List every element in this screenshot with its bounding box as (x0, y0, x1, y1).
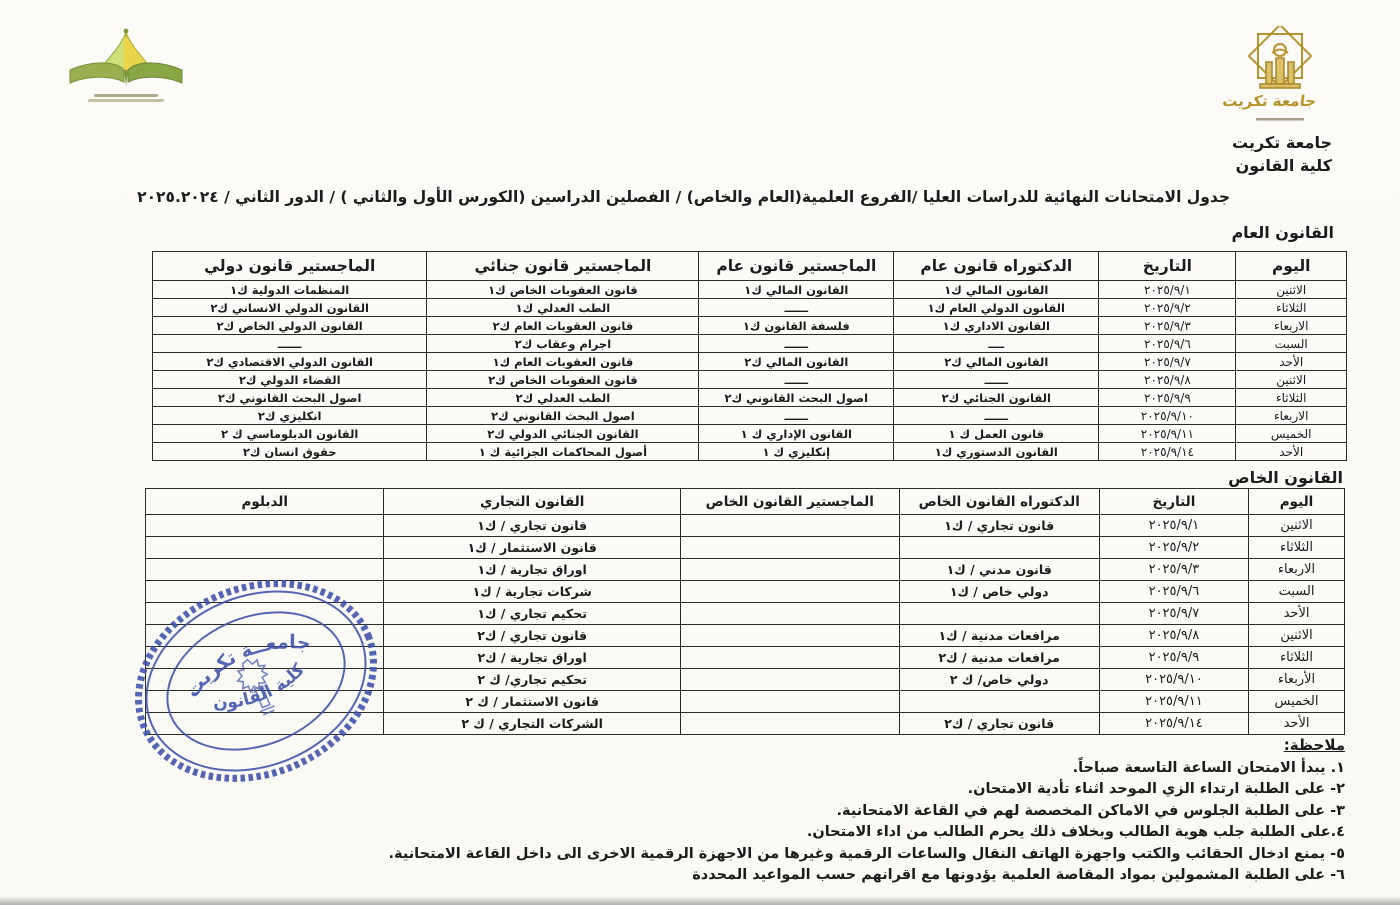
subject-cell (680, 559, 899, 581)
logo-caption-line (88, 99, 164, 102)
subject-cell (146, 581, 384, 603)
subject-cell: دولي خاص/ ك ٢ (899, 669, 1099, 691)
subject-cell: قانون العقوبات الخاص ك١ (427, 281, 699, 299)
scan-bottom-shadow (0, 896, 1400, 905)
subject-cell: القانون الدولي الانساني ك٢ (153, 299, 427, 317)
header-row: اليومالتاريخالدكتوراه قانون عامالماجستير… (153, 252, 1347, 281)
subject-cell: تحكيم تجاري / ك١ (384, 603, 680, 625)
subject-cell: اوراق تجارية / ك٢ (384, 647, 680, 669)
document-title: جدول الامتحانات النهائية للدراسات العليا… (137, 188, 1230, 206)
subject-cell: قانون تجاري / ك١ (899, 515, 1099, 537)
logo-caption-line (1256, 118, 1304, 121)
subject-cell (680, 669, 899, 691)
column-header: القانون التجاري (384, 489, 680, 515)
column-header: الدكتوراه القانون الخاص (899, 489, 1099, 515)
column-header: الدبلوم (146, 489, 384, 515)
table-row: الأحد٢٠٢٥/٩/٧القانون المالي ك٢القانون ال… (153, 353, 1347, 371)
subject-cell: القانون المالي ك١ (699, 281, 894, 299)
date-cell: ٢٠٢٥/٩/٣ (1099, 559, 1248, 581)
note-item: ٢- على الطلبة ارتداء الزي الموحد اثناء ت… (389, 779, 1345, 801)
table-row: الثلاثاء٢٠٢٥/٩/٢قانون الاستثمار / ك١ (146, 537, 1345, 559)
day-cell: الخميس (1236, 425, 1347, 443)
subject-cell: القانون المالي ك١ (894, 281, 1099, 299)
subject-cell: اجرام وعقاب ك٢ (427, 335, 699, 353)
subject-cell: اوراق تجارية / ك١ (384, 559, 680, 581)
subject-cell: قانون الاستثمار / ك ٢ (384, 691, 680, 713)
date-cell: ٢٠٢٥/٩/٧ (1099, 353, 1236, 371)
table-row: الأحد٢٠٢٥/٩/١٤قانون تجاري / ك٢الشركات ال… (146, 713, 1345, 735)
date-cell: ٢٠٢٥/٩/١٤ (1099, 713, 1248, 735)
subject-cell: قانون الاستثمار / ك١ (384, 537, 680, 559)
subject-cell: القانون الدولي العام ك١ (894, 299, 1099, 317)
subject-cell (899, 603, 1099, 625)
subject-cell (146, 669, 384, 691)
subject-cell: القانون الاداري ك١ (894, 317, 1099, 335)
subject-cell (680, 515, 899, 537)
subject-cell: مرافعات مدنية / ك١ (899, 625, 1099, 647)
table-row: الأحد٢٠٢٥/٩/٧تحكيم تجاري / ك١ (146, 603, 1345, 625)
subject-cell (680, 691, 899, 713)
day-cell: الاثنين (1236, 281, 1347, 299)
subject-cell (146, 603, 384, 625)
subject-cell: قانون العمل ك ١ (894, 425, 1099, 443)
subject-cell: قانون العقوبات العام ك١ (427, 353, 699, 371)
date-cell: ٢٠٢٥/٩/١٠ (1099, 407, 1236, 425)
table-row: الاثنين٢٠٢٥/٩/١القانون المالي ك١القانون … (153, 281, 1347, 299)
column-header: اليوم (1236, 252, 1347, 281)
subject-cell: القانون الجنائي ك٢ (894, 389, 1099, 407)
subject-cell (680, 625, 899, 647)
subject-cell: قانون تجاري / ك٢ (384, 625, 680, 647)
private-law-exam-table: اليومالتاريخالدكتوراه القانون الخاصالماج… (145, 488, 1345, 735)
day-cell: الاثنين (1249, 515, 1345, 537)
open-book-right-page-icon (128, 63, 182, 83)
table-row: الخميس٢٠٢٥/٩/١١قانون الاستثمار / ك ٢ (146, 691, 1345, 713)
day-cell: الأربعاء (1249, 669, 1345, 691)
date-cell: ٢٠٢٥/٩/١٤ (1099, 443, 1236, 461)
note-item: ٥- يمنع ادخال الحقائب والكتب واجهزة الها… (389, 844, 1345, 866)
subject-cell: القانون الدستوري ك١ (894, 443, 1099, 461)
subject-cell: اصول البحث القانوني ك٢ (427, 407, 699, 425)
subject-cell: الشركات التجاري / ك ٢ (384, 713, 680, 735)
table-row: الاثنين٢٠٢٥/٩/١قانون تجاري / ك١قانون تجا… (146, 515, 1345, 537)
subject-cell: قانون مدني / ك١ (899, 559, 1099, 581)
notes-title: ملاحظة: (1284, 735, 1345, 757)
subject-cell: قانون تجاري / ك٢ (899, 713, 1099, 735)
subject-cell: القانون الدبلوماسي ك ٢ (153, 425, 427, 443)
date-cell: ٢٠٢٥/٩/٧ (1099, 603, 1248, 625)
column-header: الماجستير قانون عام (699, 252, 894, 281)
subject-cell (680, 603, 899, 625)
subject-cell (899, 691, 1099, 713)
college-of-law-logo (60, 24, 192, 116)
table-row: الخميس٢٠٢٥/٩/١١قانون العمل ك ١القانون ال… (153, 425, 1347, 443)
note-item: ١. يبدأ الامتحان الساعة التاسعة صباحاً. (389, 758, 1345, 780)
university-name: جامعة تكريت (1232, 131, 1332, 154)
subject-cell: مرافعات مدنية / ك٢ (899, 647, 1099, 669)
subject-cell: ــــــ (894, 371, 1099, 389)
table-row: الاثنين٢٠٢٥/٩/٨ــــــــــــقانون العقوبا… (153, 371, 1347, 389)
subject-cell: شركات تجارية / ك١ (384, 581, 680, 603)
university-calligraphy-text: جامعة تكريت (1221, 92, 1317, 110)
day-cell: الاربعاء (1236, 317, 1347, 335)
date-cell: ٢٠٢٥/٩/١١ (1099, 691, 1248, 713)
table-row: السبت٢٠٢٥/٩/٦ــــــــــاجرام وعقاب ك٢ـــ… (153, 335, 1347, 353)
subject-cell (680, 537, 899, 559)
table-row: السبت٢٠٢٥/٩/٦دولي خاص / ك١شركات تجارية /… (146, 581, 1345, 603)
subject-cell: المنظمات الدولية ك١ (153, 281, 427, 299)
day-cell: الثلاثاء (1249, 647, 1345, 669)
column-header: الماجستير القانون الخاص (680, 489, 899, 515)
column-header: الماجستير قانون جنائي (427, 252, 699, 281)
day-cell: الأحد (1236, 353, 1347, 371)
note-item: ٦- على الطلبة المشمولين بمواد المقاصة ال… (389, 865, 1345, 887)
day-cell: الاربعاء (1236, 407, 1347, 425)
logo-caption-line (94, 94, 158, 97)
subject-cell: اصول البحث القانوني ك٢ (153, 389, 427, 407)
date-cell: ٢٠٢٥/٩/٣ (1099, 317, 1236, 335)
date-cell: ٢٠٢٥/٩/٢ (1099, 537, 1248, 559)
notes-list: ١. يبدأ الامتحان الساعة التاسعة صباحاً.٢… (389, 758, 1345, 887)
table-row: الثلاثاء٢٠٢٥/٩/٢القانون الدولي العام ك١ـ… (153, 299, 1347, 317)
date-cell: ٢٠٢٥/٩/١ (1099, 281, 1236, 299)
subject-cell: ــــــ (699, 407, 894, 425)
subject-cell: إنكليزي ك ١ (699, 443, 894, 461)
subject-cell: ــــــ (699, 299, 894, 317)
subject-cell: أصول المحاكمات الجزائية ك ١ (427, 443, 699, 461)
subject-cell: ــــــ (153, 335, 427, 353)
table-row: الاثنين٢٠٢٥/٩/٨مرافعات مدنية / ك١قانون ت… (146, 625, 1345, 647)
subject-cell: فلسفة القانون ك١ (699, 317, 894, 335)
subject-cell (680, 713, 899, 735)
subject-cell (146, 559, 384, 581)
subject-cell: القانون المالي ك٢ (699, 353, 894, 371)
date-cell: ٢٠٢٥/٩/٩ (1099, 647, 1248, 669)
day-cell: السبت (1236, 335, 1347, 353)
day-cell: الأحد (1249, 603, 1345, 625)
subject-cell: قانون العقوبات الخاص ك٢ (427, 371, 699, 389)
date-cell: ٢٠٢٥/٩/٦ (1099, 581, 1248, 603)
subject-cell (899, 537, 1099, 559)
header-row: اليومالتاريخالدكتوراه القانون الخاصالماج… (146, 489, 1345, 515)
subject-cell: القانون المالي ك٢ (894, 353, 1099, 371)
table-row: الاربعاء٢٠٢٥/٩/١٠ــــــــــــاصول البحث … (153, 407, 1347, 425)
subject-cell: القانون الدولي الاقتصادي ك٢ (153, 353, 427, 371)
day-cell: الاربعاء (1249, 559, 1345, 581)
day-cell: السبت (1249, 581, 1345, 603)
column-header: التاريخ (1099, 252, 1236, 281)
note-item: ٤.على الطلبة جلب هوية الطالب وبخلاف ذلك … (389, 822, 1345, 844)
table-row: الاربعاء٢٠٢٥/٩/٣قانون مدني / ك١اوراق تجا… (146, 559, 1345, 581)
subject-cell: الطب العدلي ك١ (427, 299, 699, 317)
day-cell: الثلاثاء (1236, 389, 1347, 407)
subject-cell (146, 691, 384, 713)
day-cell: الاثنين (1236, 371, 1347, 389)
column-header: اليوم (1249, 489, 1345, 515)
day-cell: الأحد (1236, 443, 1347, 461)
tikrit-university-logo: جامعة تكريت (1212, 26, 1348, 126)
college-name: كلية القانون (1232, 154, 1332, 177)
date-cell: ٢٠٢٥/٩/٦ (1099, 335, 1236, 353)
column-header: الدكتوراه قانون عام (894, 252, 1099, 281)
table-row: الأحد٢٠٢٥/٩/١٤القانون الدستوري ك١إنكليزي… (153, 443, 1347, 461)
logo-finial-icon (124, 29, 129, 34)
subject-cell (680, 581, 899, 603)
subject-cell (146, 647, 384, 669)
subject-cell: الطب العدلي ك٢ (427, 389, 699, 407)
table-row: الثلاثاء٢٠٢٥/٩/٩مرافعات مدنية / ك٢اوراق … (146, 647, 1345, 669)
subject-cell (146, 515, 384, 537)
notes-block: ملاحظة: ١. يبدأ الامتحان الساعة التاسعة … (389, 735, 1345, 887)
note-item: ٣- على الطلبة الجلوس في الاماكن المخصصة … (389, 801, 1345, 823)
subject-cell: دولي خاص / ك١ (899, 581, 1099, 603)
subject-cell (146, 713, 384, 735)
day-cell: الأحد (1249, 713, 1345, 735)
subject-cell (146, 625, 384, 647)
day-cell: الاثنين (1249, 625, 1345, 647)
subject-cell: القانون الإداري ك ١ (699, 425, 894, 443)
date-cell: ٢٠٢٥/٩/١٠ (1099, 669, 1248, 691)
open-book-left-page-icon (70, 63, 124, 83)
scanned-exam-schedule-page: جامعة تكريت جامعة تكريت كلية القانون جدو… (0, 0, 1400, 905)
table-row: الاربعاء٢٠٢٥/٩/٣القانون الاداري ك١فلسفة … (153, 317, 1347, 335)
subject-cell: اصول البحث القانوني ك٢ (699, 389, 894, 407)
subject-cell: ــــ (894, 335, 1099, 353)
date-cell: ٢٠٢٥/٩/٨ (1099, 625, 1248, 647)
table-row: الثلاثاء٢٠٢٥/٩/٩القانون الجنائي ك٢اصول ا… (153, 389, 1347, 407)
subject-cell: القانون الجنائي الدولي ك٢ (427, 425, 699, 443)
date-cell: ٢٠٢٥/٩/٨ (1099, 371, 1236, 389)
date-cell: ٢٠٢٥/٩/١ (1099, 515, 1248, 537)
day-cell: الثلاثاء (1236, 299, 1347, 317)
section-title-general-law: القانون العام (1231, 223, 1334, 242)
day-cell: الثلاثاء (1249, 537, 1345, 559)
subject-cell: القانون الدولي الخاص ك٢ (153, 317, 427, 335)
date-cell: ٢٠٢٥/٩/١١ (1099, 425, 1236, 443)
table-row: الأربعاء٢٠٢٥/٩/١٠دولي خاص/ ك ٢تحكيم تجار… (146, 669, 1345, 691)
org-header: جامعة تكريت كلية القانون (1232, 131, 1332, 177)
section-title-private-law: القانون الخاص (1228, 468, 1343, 487)
subject-cell: قانون تجاري / ك١ (384, 515, 680, 537)
column-header: التاريخ (1099, 489, 1248, 515)
date-cell: ٢٠٢٥/٩/٢ (1099, 299, 1236, 317)
subject-cell: ــــــ (894, 407, 1099, 425)
subject-cell: قانون العقوبات العام ك٢ (427, 317, 699, 335)
subject-cell: القضاء الدولي ك٢ (153, 371, 427, 389)
day-cell: الخميس (1249, 691, 1345, 713)
subject-cell (146, 537, 384, 559)
subject-cell (680, 647, 899, 669)
column-header: الماجستير قانون دولي (153, 252, 427, 281)
general-law-exam-table: اليومالتاريخالدكتوراه قانون عامالماجستير… (152, 251, 1347, 461)
subject-cell: ــــــ (699, 371, 894, 389)
subject-cell: ــــــ (699, 335, 894, 353)
subject-cell: تحكيم تجاري/ ك ٢ (384, 669, 680, 691)
subject-cell: انكليزي ك٢ (153, 407, 427, 425)
date-cell: ٢٠٢٥/٩/٩ (1099, 389, 1236, 407)
subject-cell: حقوق انسان ك٢ (153, 443, 427, 461)
